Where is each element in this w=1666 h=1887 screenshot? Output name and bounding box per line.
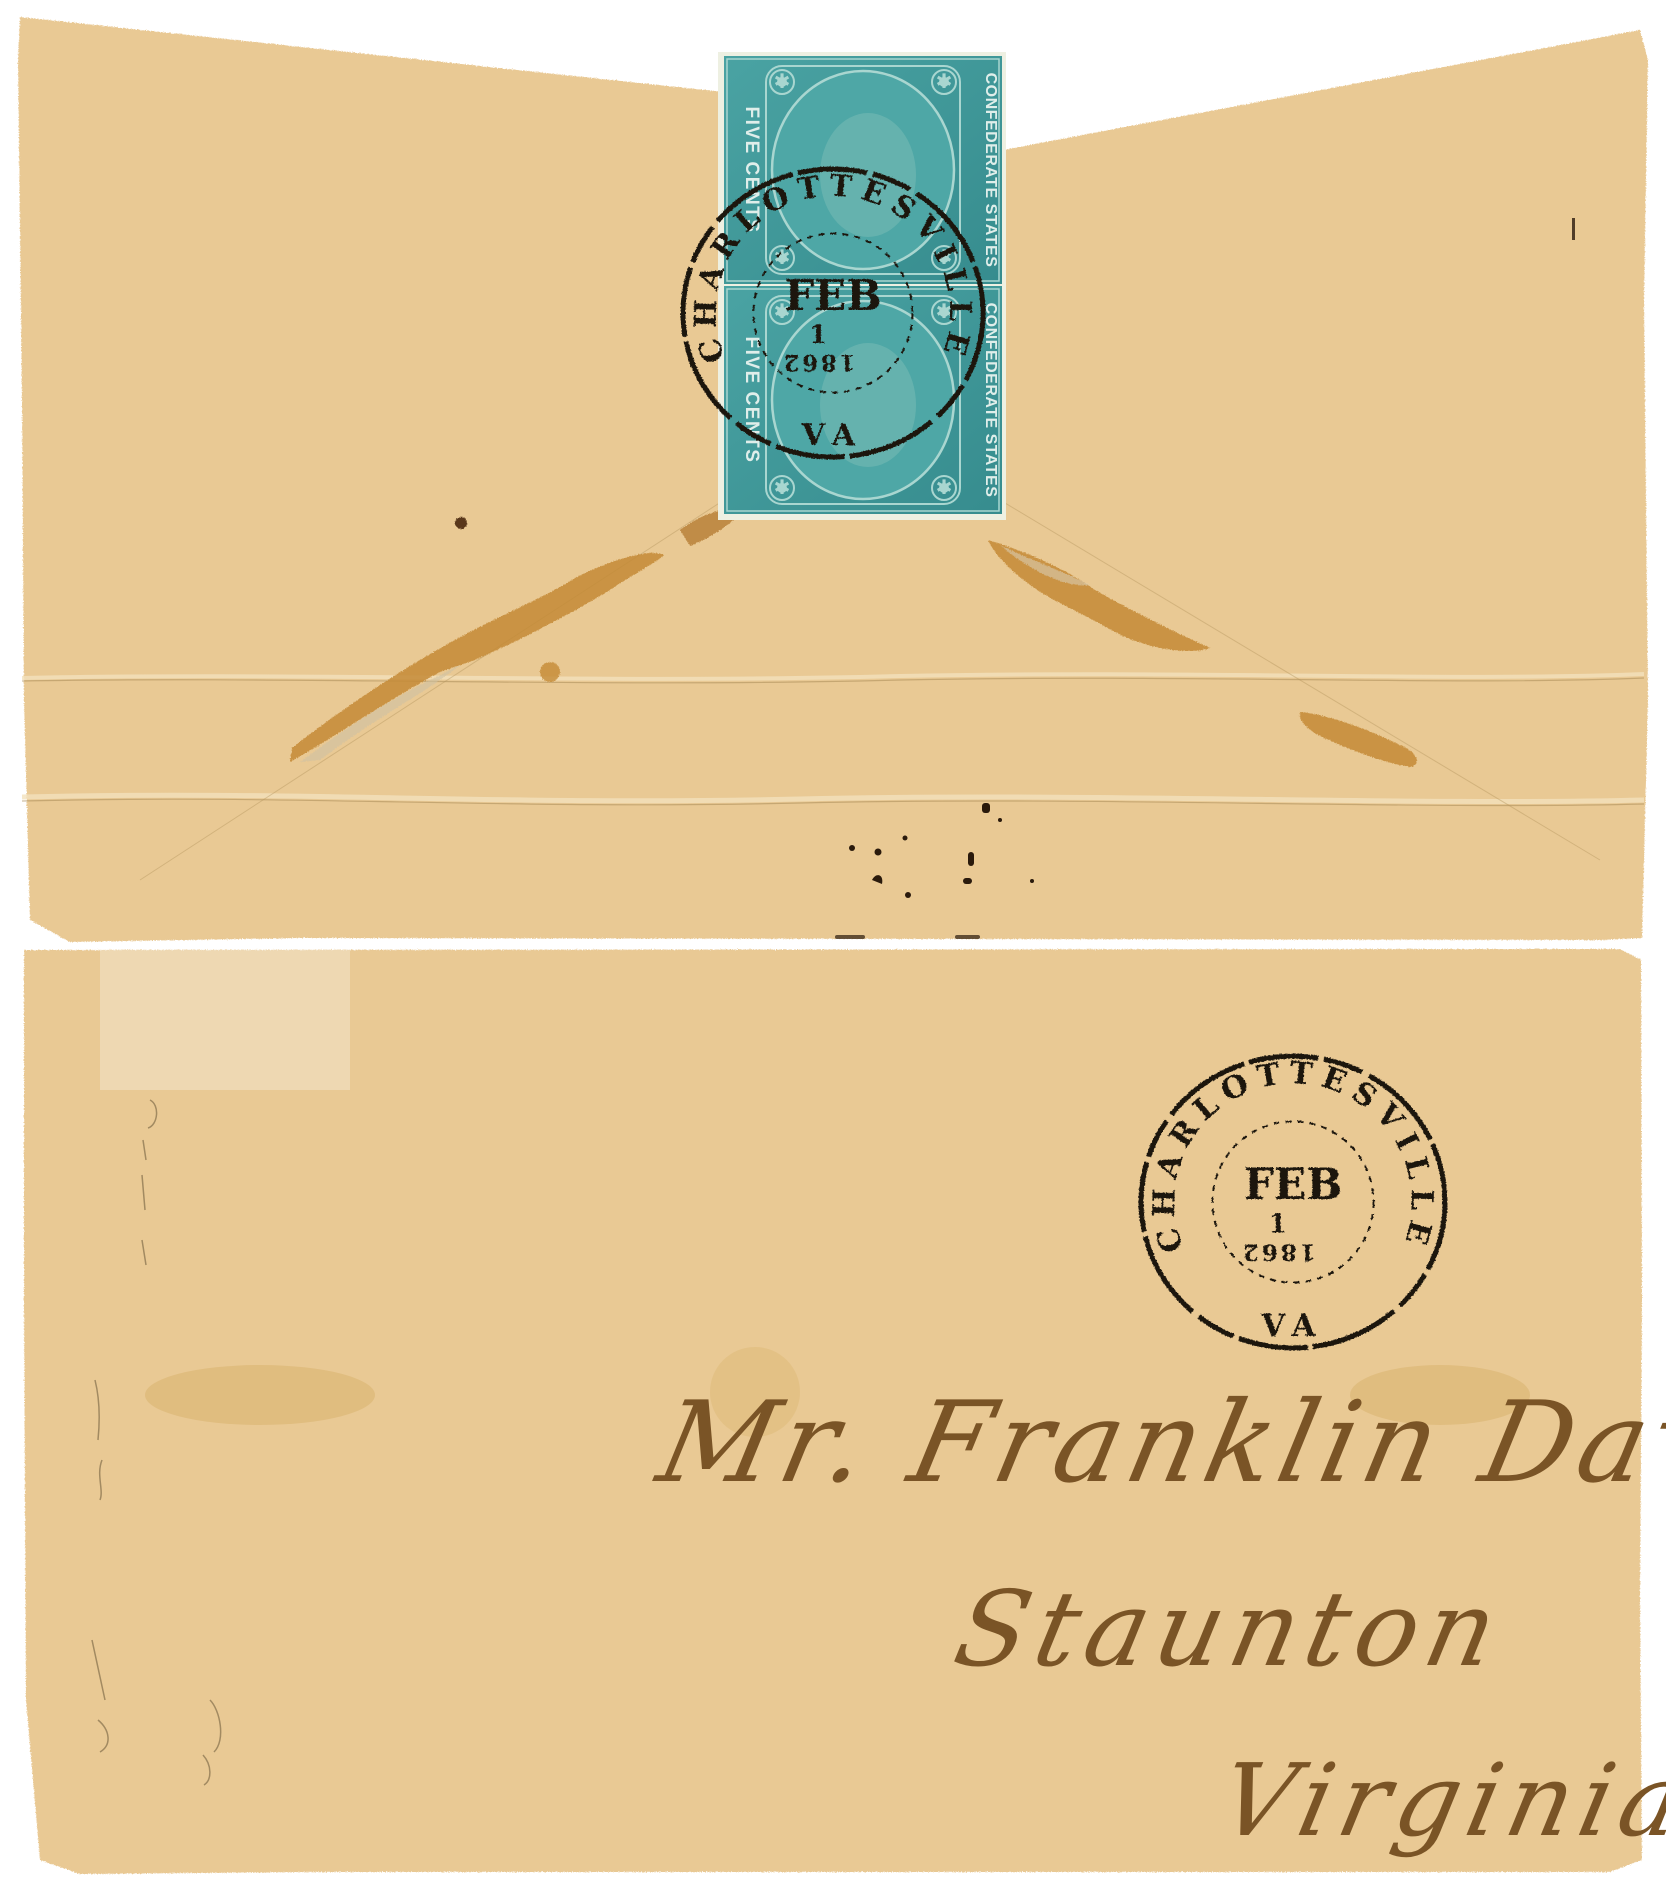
star-icon: ✱ (936, 475, 953, 499)
address-city: Staunton (945, 1568, 1515, 1690)
postmark-state: VA (1260, 1308, 1324, 1344)
stamp-value-label: FIVE CENTS (741, 337, 762, 464)
star-icon: ✱ (774, 475, 791, 499)
address-name: Mr. Franklin Davis (648, 1378, 1666, 1508)
postmark-month: FEB (1244, 1160, 1343, 1210)
postmark-month: FEB (784, 271, 881, 320)
stamp-country-label: CONFEDERATE STATES (982, 303, 999, 498)
star-icon: ✱ (936, 69, 953, 93)
cover-scene: ✱✱✱✱FIVE CENTSCONFEDERATE STATES✱✱✱✱FIVE… (0, 0, 1666, 1887)
postmark-year: 1862 (781, 349, 856, 375)
postmark-state: VA (801, 418, 864, 453)
postmark-day: 1 (1269, 1209, 1287, 1239)
stamp-country-label: CONFEDERATE STATES (982, 73, 999, 268)
star-icon: ✱ (774, 69, 791, 93)
postmark-year: 1862 (1240, 1239, 1316, 1265)
address-state: Virginia (1210, 1742, 1666, 1859)
tape-residue (100, 950, 350, 1090)
postmark-day: 1 (809, 320, 827, 350)
